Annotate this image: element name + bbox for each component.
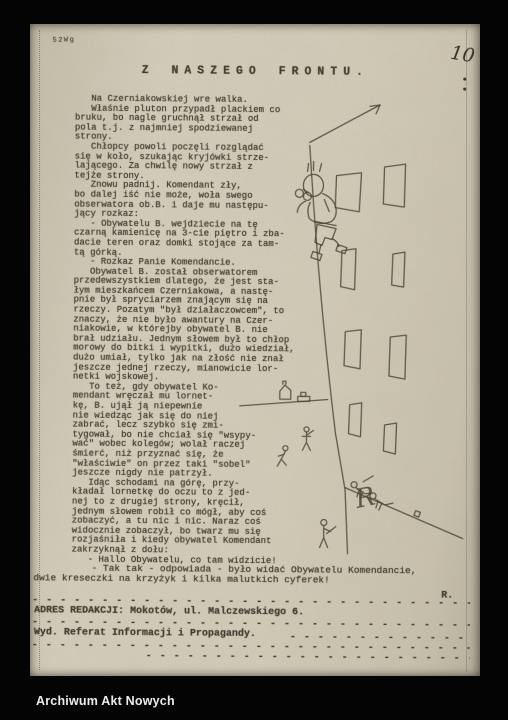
building-outline <box>307 145 466 554</box>
document-page: 52Wg 10 Z NASZEGO FRONTU. Na Czerniakows… <box>30 24 480 676</box>
typed-divider: - - - - - - - - - - - - - - - - - - - - … <box>146 651 470 665</box>
building-windows <box>333 164 407 455</box>
observer-boy-figure <box>295 161 348 260</box>
editorial-address: ADRES REDAKCJI: Mokotów, ul. Malczewskie… <box>34 605 304 618</box>
article-title: Z NASZEGO FRONTU. <box>30 63 480 80</box>
article-body: Na Czerniakowskiej wre walka. Właśnie pl… <box>71 95 296 567</box>
illustration-signature: R <box>352 482 378 516</box>
publisher-line: Wyd. Referat Informacji i Propagandy. <box>34 627 256 640</box>
dialog-wide-line: dwie kreseczki na krzyżyk i kilka malutk… <box>33 572 330 585</box>
soldier-figures <box>277 427 394 548</box>
archival-stamp: 52Wg <box>52 36 75 45</box>
archive-name-label: Archiwum Akt Nowych <box>36 694 175 708</box>
page-content: 52Wg 10 Z NASZEGO FRONTU. Na Czerniakows… <box>26 22 481 678</box>
direction-arrow-icon <box>310 104 380 143</box>
scanned-document-photo: 52Wg 10 Z NASZEGO FRONTU. Na Czerniakows… <box>0 0 508 720</box>
handwritten-page-number: 10 <box>449 42 476 68</box>
